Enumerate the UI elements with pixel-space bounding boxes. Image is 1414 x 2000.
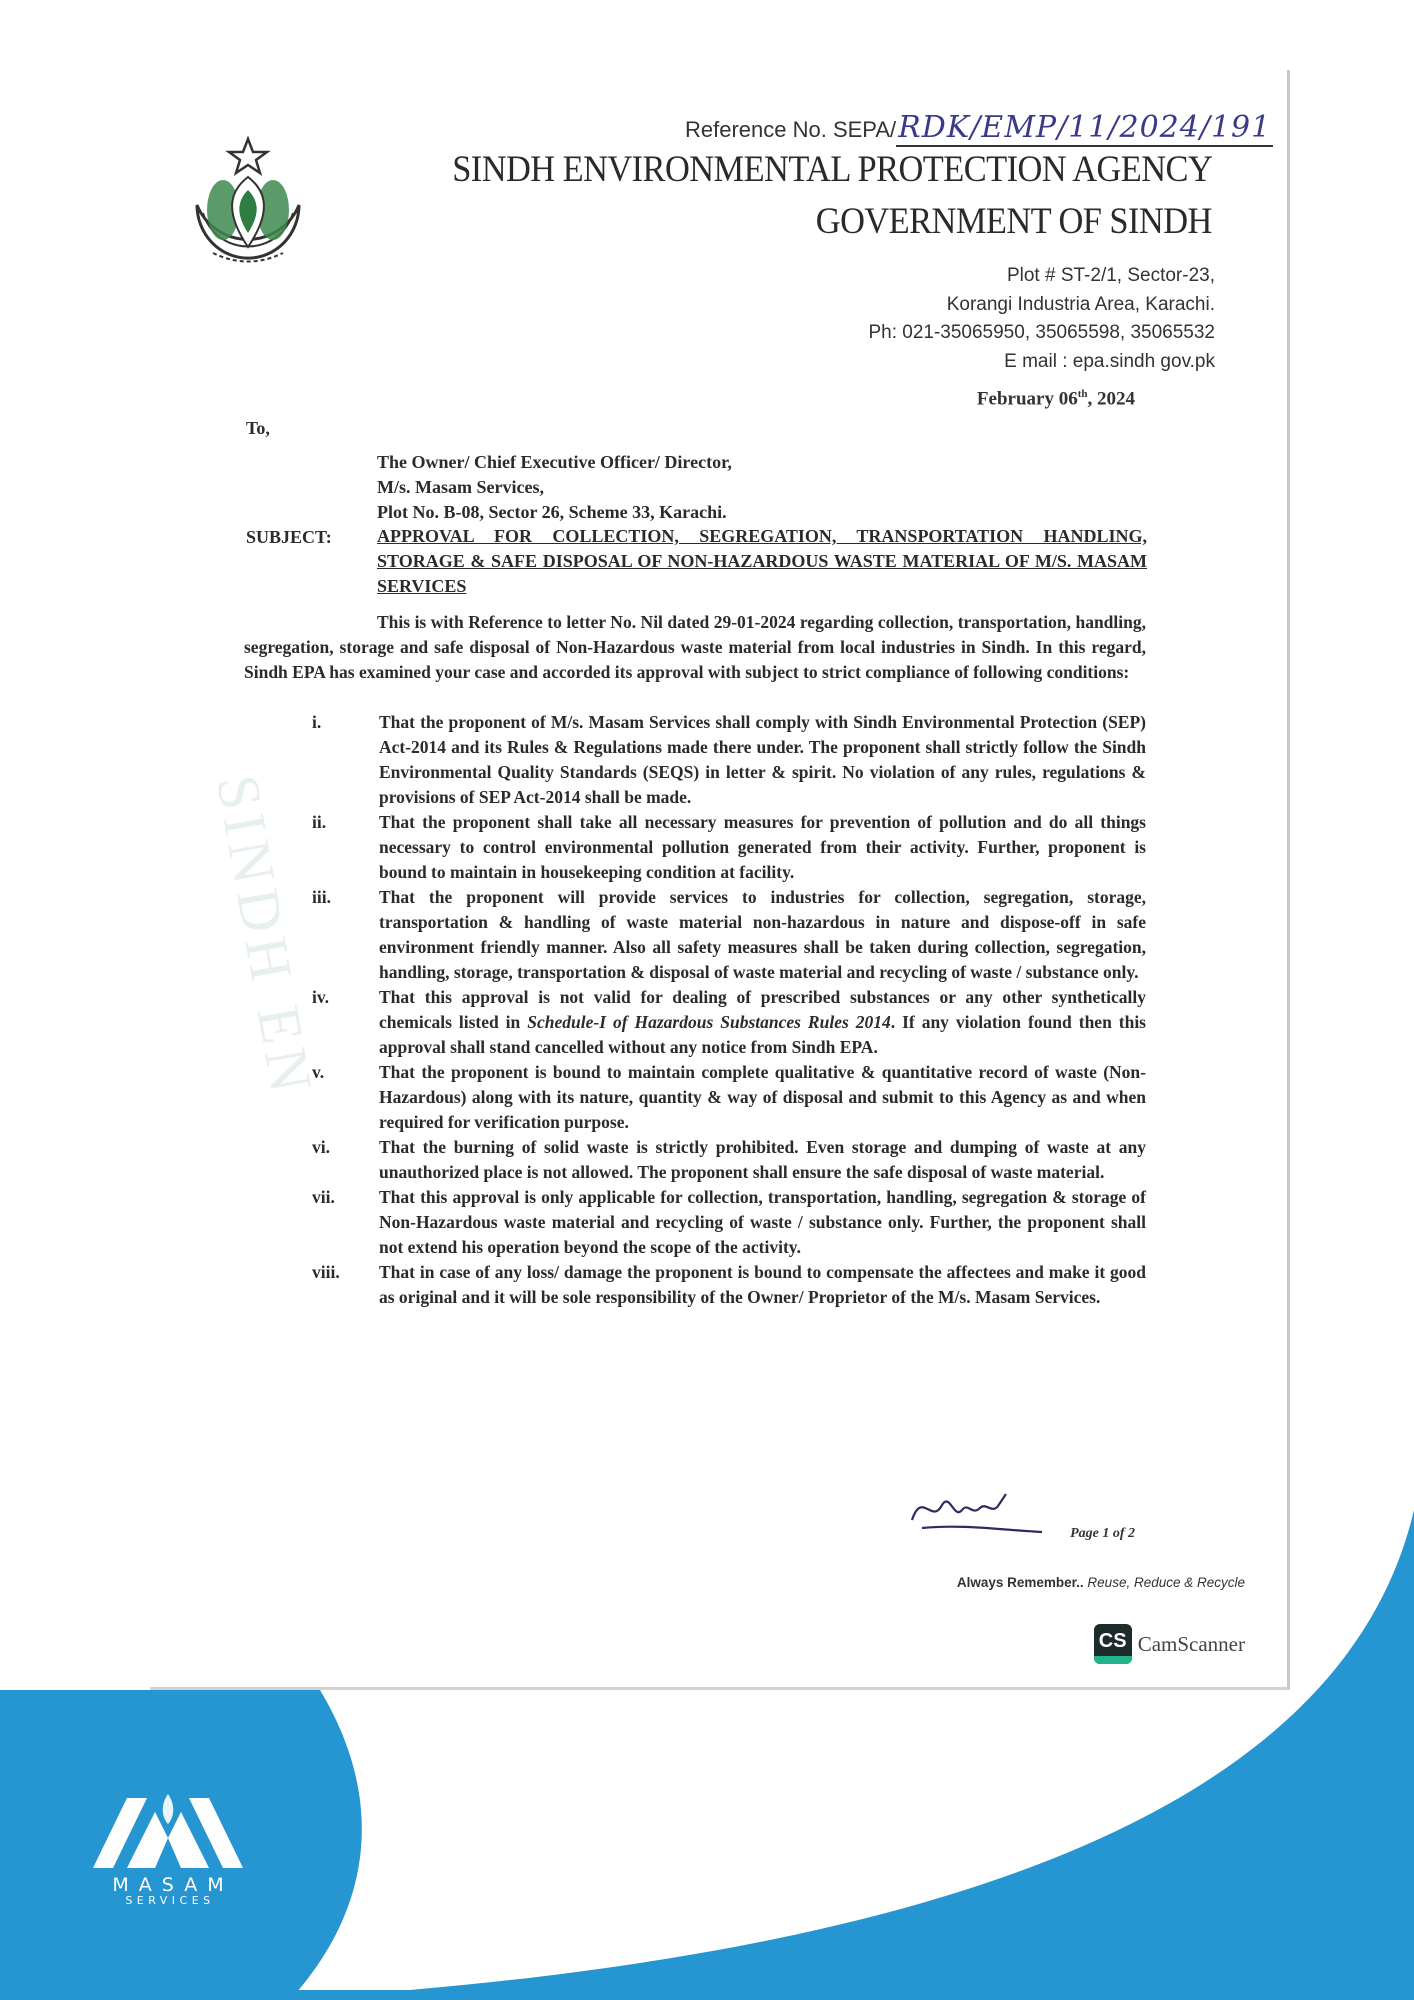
conditions-list: i.That the proponent of M/s. Masam Servi… [244, 710, 1146, 1310]
condition-number: iv. [312, 985, 372, 1010]
motto-bold: Always Remember.. [957, 1575, 1084, 1590]
condition-number: viii. [312, 1260, 372, 1285]
condition-text: That the proponent of M/s. Masam Service… [379, 712, 1146, 807]
condition-item: viii.That in case of any loss/ damage th… [244, 1260, 1146, 1310]
agency-address: Plot # ST-2/1, Sector-23, Korangi Indust… [868, 262, 1215, 376]
condition-number: iii. [312, 885, 372, 910]
condition-text: That the burning of solid waste is stric… [379, 1137, 1146, 1182]
reference-label: Reference No. SEPA/ [685, 117, 896, 142]
condition-item: iv.That this approval is not valid for d… [244, 985, 1146, 1060]
motto: Always Remember.. Reuse, Reduce & Recycl… [957, 1575, 1245, 1590]
subject-text: APPROVAL FOR COLLECTION, SEGREGATION, TR… [377, 524, 1147, 599]
condition-item: vii.That this approval is only applicabl… [244, 1185, 1146, 1260]
agency-name: SINDH ENVIRONMENTAL PROTECTION AGENCY [452, 148, 1212, 191]
address-line: Plot # ST-2/1, Sector-23, [868, 262, 1215, 291]
sindh-government-emblem-icon [183, 135, 313, 285]
condition-item: vi.That the burning of solid waste is st… [244, 1135, 1146, 1185]
reference-handwritten: RDK/EMP/11/2024/191 [896, 110, 1273, 147]
condition-text: That the proponent is bound to maintain … [379, 1062, 1146, 1132]
reference-number: Reference No. SEPA/RDK/EMP/11/2024/191 [685, 110, 1273, 145]
condition-text: That the proponent shall take all necess… [379, 812, 1146, 882]
recipient-address: The Owner/ Chief Executive Officer/ Dire… [377, 450, 732, 525]
date-day: February 06 [977, 388, 1078, 409]
phone-line: Ph: 021-35065950, 35065598, 35065532 [868, 319, 1215, 348]
condition-number: ii. [312, 810, 372, 835]
motto-rest: Reuse, Reduce & Recycle [1084, 1575, 1245, 1590]
date-ordinal: th [1078, 388, 1088, 400]
camscanner-badge-text: CS [1099, 1630, 1127, 1653]
scanned-letter-page: SINDH EN Reference No. SEPA/RDK/EMP/11/2… [150, 70, 1290, 1690]
condition-number: i. [312, 710, 372, 735]
condition-text: That the proponent will provide services… [379, 887, 1146, 982]
condition-text: That in case of any loss/ damage the pro… [379, 1262, 1146, 1307]
condition-text: That this approval is only applicable fo… [379, 1187, 1146, 1257]
government-name: GOVERNMENT OF SINDH [816, 200, 1212, 243]
date-year: , 2024 [1088, 388, 1136, 409]
to-label: To, [246, 418, 270, 439]
condition-item: i.That the proponent of M/s. Masam Servi… [244, 710, 1146, 810]
brand-name: MASAM [88, 1874, 248, 1896]
masam-mountain-icon [93, 1790, 243, 1870]
camscanner-watermark: CS CamScanner [1094, 1624, 1245, 1664]
subject-label: SUBJECT: [246, 527, 332, 548]
condition-number: v. [312, 1060, 372, 1085]
condition-text-italic: Schedule-I of Hazardous Substances Rules… [527, 1012, 891, 1032]
condition-number: vi. [312, 1135, 372, 1160]
recipient-line: M/s. Masam Services, [377, 475, 732, 500]
address-line: Korangi Industria Area, Karachi. [868, 291, 1215, 320]
camscanner-name: CamScanner [1138, 1632, 1245, 1657]
masam-services-logo: MASAM SERVICES [88, 1790, 248, 1907]
recipient-line: Plot No. B-08, Sector 26, Scheme 33, Kar… [377, 500, 732, 525]
camscanner-logo-icon: CS [1094, 1624, 1132, 1664]
letter-date: February 06th, 2024 [977, 388, 1135, 410]
page-number: Page 1 of 2 [1070, 1526, 1135, 1542]
email-line: E mail : epa.sindh gov.pk [868, 348, 1215, 377]
intro-paragraph: This is with Reference to letter No. Nil… [244, 610, 1146, 685]
condition-number: vii. [312, 1185, 372, 1210]
condition-item: ii.That the proponent shall take all nec… [244, 810, 1146, 885]
recipient-line: The Owner/ Chief Executive Officer/ Dire… [377, 450, 732, 475]
condition-item: v.That the proponent is bound to maintai… [244, 1060, 1146, 1135]
signature-icon [902, 1480, 1052, 1540]
condition-item: iii.That the proponent will provide serv… [244, 885, 1146, 985]
